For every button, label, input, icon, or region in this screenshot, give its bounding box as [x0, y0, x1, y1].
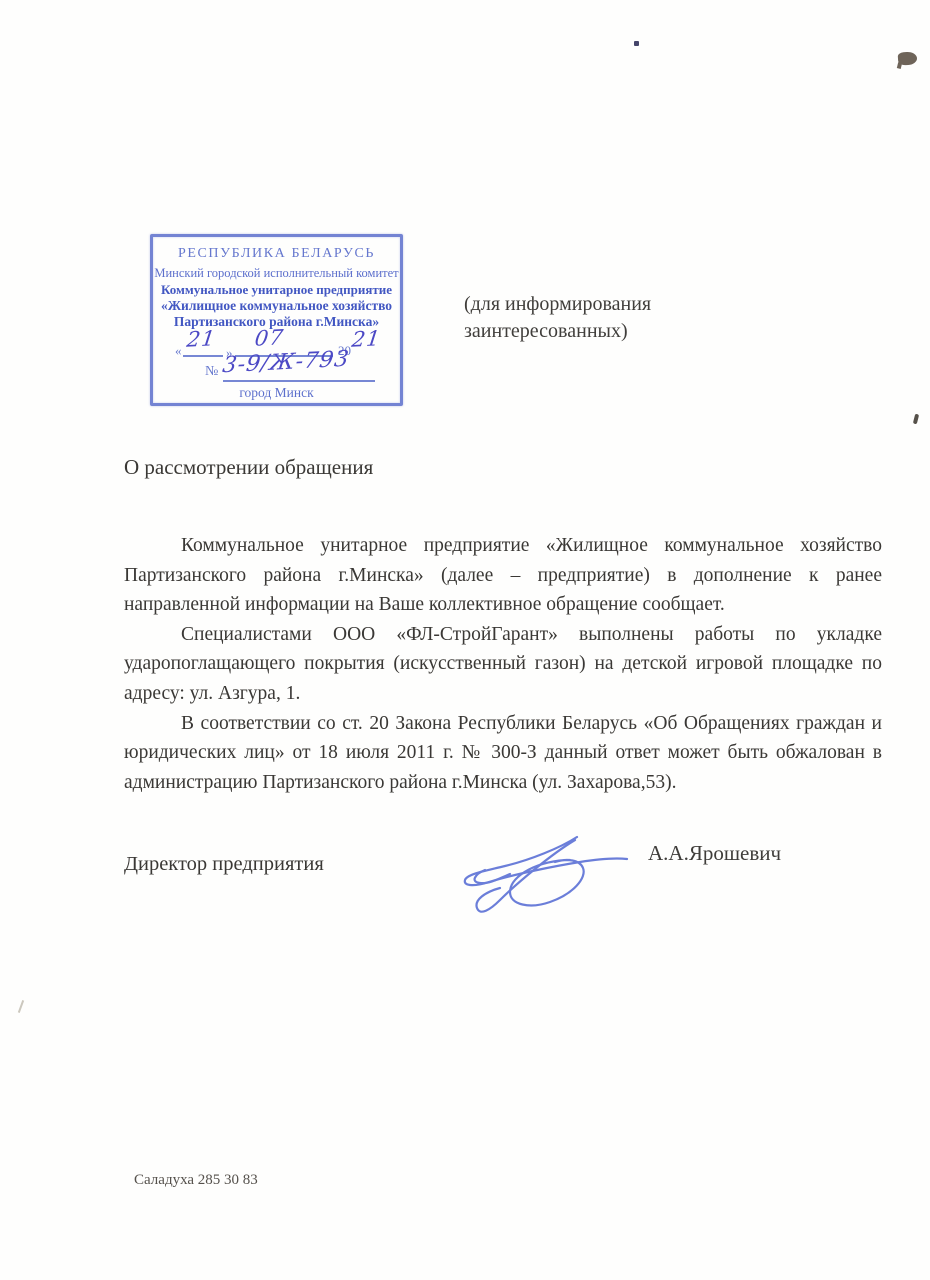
director-title: Директор предприятия: [124, 853, 324, 876]
director-name: А.А.Ярошевич: [648, 841, 781, 866]
handwritten-year: 21: [350, 326, 382, 351]
pen-tick-artifact: [913, 414, 919, 425]
handwritten-month: 07: [253, 325, 285, 350]
day-underline: [183, 355, 223, 357]
handwritten-number: 3-9/Ж-793: [221, 347, 351, 379]
handwritten-day: 21: [185, 326, 217, 351]
stamp-country-line: РЕСПУБЛИКА БЕЛАРУСЬ: [153, 246, 400, 262]
faint-slash-artifact: [18, 1000, 24, 1013]
stamp-number-label: №: [205, 364, 218, 380]
director-signature: [455, 830, 645, 925]
stamp-open-quote: «: [175, 343, 182, 359]
stamp-committee-line: Минский городской исполнительный комитет: [153, 266, 400, 281]
paragraph-1: Коммунальное унитарное предприятие «Жили…: [124, 531, 882, 620]
letter-body: Коммунальное унитарное предприятие «Жили…: [124, 531, 882, 797]
footer-contact: Саладуха 285 30 83: [134, 1172, 258, 1189]
number-underline: [223, 380, 375, 382]
annotation-note: (для информирования заинтересованных): [464, 291, 744, 345]
stamp-enterprise-line-2: «Жилищное коммунальное хозяйство: [153, 298, 400, 314]
scanned-letter-page: РЕСПУБЛИКА БЕЛАРУСЬ Минский городской ис…: [0, 0, 930, 1280]
stamp-enterprise-line-1: Коммунальное унитарное предприятие: [153, 282, 400, 298]
ink-speck-artifact: [634, 41, 639, 46]
subject-line: О рассмотрении обращения: [124, 455, 373, 480]
scan-blob-artifact: [898, 51, 918, 65]
official-stamp: РЕСПУБЛИКА БЕЛАРУСЬ Минский городской ис…: [150, 234, 403, 406]
paragraph-3: В соответствии со ст. 20 Закона Республи…: [124, 709, 882, 798]
stamp-city-line: город Минск: [153, 385, 400, 401]
paragraph-2: Специалистами ООО «ФЛ-СтройГарант» выпол…: [124, 620, 882, 709]
